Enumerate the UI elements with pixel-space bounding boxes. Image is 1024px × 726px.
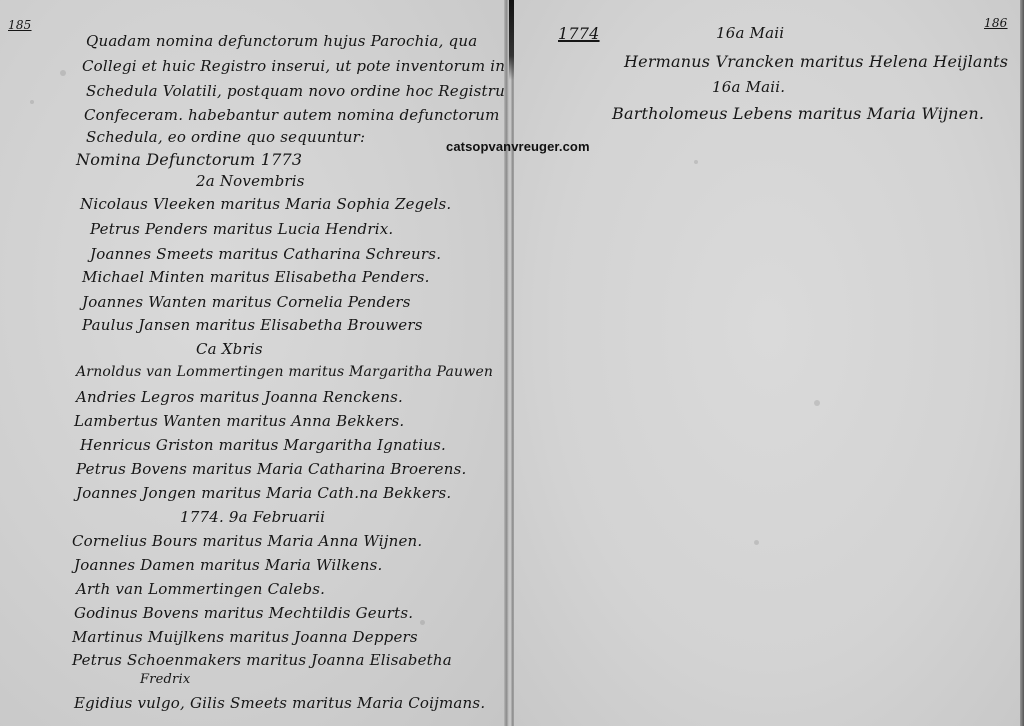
- death-entry: Bartholomeus Lebens maritus Maria Wijnen…: [612, 104, 984, 123]
- folio-number-right: 186: [984, 16, 1008, 30]
- section-date: Ca Xbris: [196, 340, 263, 358]
- death-entry: Petrus Bovens maritus Maria Catharina Br…: [76, 460, 467, 478]
- intro-line: Schedula Volatili, postquam novo ordine …: [86, 82, 506, 100]
- section-date: 1774. 9a Februarii: [180, 508, 325, 526]
- death-entry: Joannes Jongen maritus Maria Cath.na Bek…: [76, 484, 451, 502]
- death-entry: Paulus Jansen maritus Elisabetha Brouwer…: [82, 316, 423, 334]
- intro-line: Schedula, eo ordine quo sequuntur:: [86, 128, 365, 146]
- left-page: 185 Quadam nomina defunctorum hujus Paro…: [0, 0, 506, 726]
- intro-line: Quadam nomina defunctorum hujus Parochia…: [86, 32, 477, 50]
- death-entry: Nicolaus Vleeken maritus Maria Sophia Ze…: [80, 195, 451, 213]
- death-entry: Petrus Schoenmakers maritus Joanna Elisa…: [72, 651, 452, 669]
- section-date: 2a Novembris: [196, 172, 305, 190]
- death-entry-continuation: Fredrix: [140, 672, 190, 687]
- death-entry: Andries Legros maritus Joanna Renckens.: [76, 388, 403, 406]
- year-marker: 1774: [558, 24, 600, 43]
- death-entry: Hermanus Vrancken maritus Helena Heijlan…: [624, 52, 1008, 71]
- death-entry: Joannes Wanten maritus Cornelia Penders: [82, 293, 411, 311]
- death-entry: Joannes Smeets maritus Catharina Schreur…: [90, 245, 441, 263]
- folio-number-left: 185: [8, 18, 32, 32]
- death-entry: Arth van Lommertingen Calebs.: [76, 580, 325, 598]
- death-entry: Egidius vulgo, Gilis Smeets maritus Mari…: [74, 694, 485, 712]
- entry-date: 16a Maii: [716, 24, 784, 42]
- page-edge: [1020, 0, 1024, 726]
- right-page: 1774 186 16a Maii Hermanus Vrancken mari…: [514, 0, 1024, 726]
- death-entry: Cornelius Bours maritus Maria Anna Wijne…: [72, 532, 422, 550]
- death-entry: Martinus Muijlkens maritus Joanna Depper…: [72, 628, 418, 646]
- death-entry: Joannes Damen maritus Maria Wilkens.: [74, 556, 382, 574]
- register-title: Nomina Defunctorum 1773: [76, 150, 302, 169]
- intro-line: Collegi et huic Registro inserui, ut pot…: [82, 57, 505, 75]
- watermark: catsopvanvreuger.com: [446, 139, 590, 154]
- death-entry: Michael Minten maritus Elisabetha Pender…: [82, 268, 430, 286]
- death-entry: Arnoldus van Lommertingen maritus Margar…: [76, 364, 493, 380]
- death-entry: Petrus Penders maritus Lucia Hendrix.: [90, 220, 393, 238]
- intro-line: Confeceram. habebantur autem nomina defu…: [84, 106, 506, 124]
- death-entry: Henricus Griston maritus Margaritha Igna…: [80, 436, 446, 454]
- death-entry: Godinus Bovens maritus Mechtildis Geurts…: [74, 604, 413, 622]
- death-entry: Lambertus Wanten maritus Anna Bekkers.: [74, 412, 404, 430]
- entry-date: 16a Maii.: [712, 78, 785, 96]
